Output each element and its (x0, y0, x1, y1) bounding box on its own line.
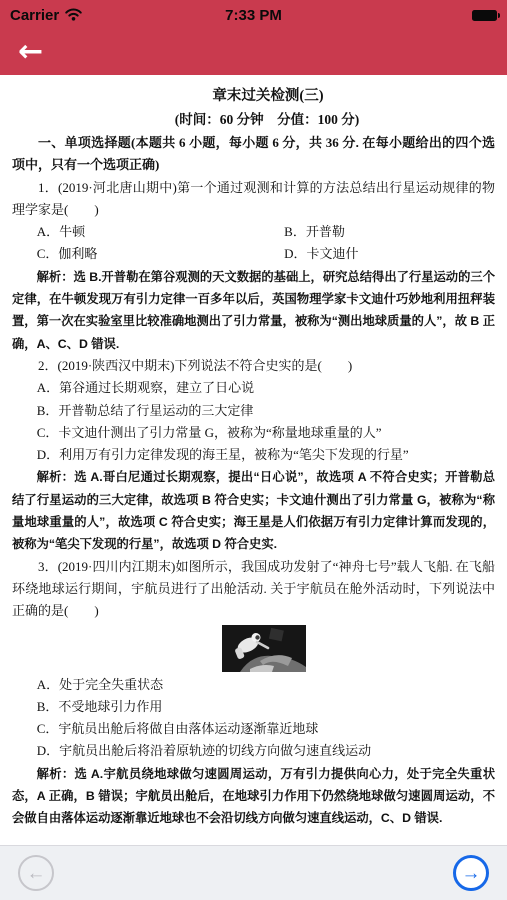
doc-meta-line: (时间：60 分钟 分值：100 分) (12, 108, 495, 132)
question-3-stem: 3．(2019·四川内江期末)如图所示，我国成功发射了“神舟七号”载人飞船. 在… (12, 556, 495, 623)
doc-title: 章末过关检测(三) (12, 84, 495, 108)
q1-option-c: C．伽利略 (37, 243, 284, 265)
status-bar: Carrier 7:33 PM (0, 0, 507, 28)
nav-bar: ← (0, 28, 507, 75)
question-1-analysis: 解析：选 B.开普勒在第谷观测的天文数据的基础上，研究总结得出了行星运动的三个定… (12, 266, 495, 355)
question-3-options: A．处于完全失重状态 B．不受地球引力作用 C．宇航员出舱后将做自由落体运动逐渐… (12, 674, 495, 763)
q2-option-d: D．利用万有引力定律发现的海王星，被称为“笔尖下发现的行星” (12, 444, 495, 466)
battery-icon (472, 10, 497, 21)
question-3-analysis: 解析：选 A.宇航员绕地球做匀速圆周运动，万有引力提供向心力，处于完全失重状态，… (12, 763, 495, 830)
question-2-options: A．第谷通过长期观察，建立了日心说 B．开普勒总结了行星运动的三大定律 C．卡文… (12, 377, 495, 466)
back-arrow-icon: ← (18, 34, 43, 69)
question-3-figure (32, 625, 495, 672)
q3-option-c: C．宇航员出舱后将做自由落体运动逐渐靠近地球 (12, 718, 495, 740)
q3-option-d: D．宇航员出舱后将沿着原轨迹的切线方向做匀速直线运动 (12, 740, 495, 762)
next-arrow-icon: → (462, 864, 481, 883)
question-1-options: A．牛顿 B．开普勒 C．伽利略 D．卡文迪什 (12, 221, 495, 266)
bottom-toolbar: ← → (0, 845, 507, 900)
prev-page-button[interactable]: ← (18, 855, 54, 891)
clock-label: 7:33 PM (225, 7, 282, 24)
question-1-stem: 1．(2019·河北唐山期中)第一个通过观测和计算的方法总结出行星运动规律的物理… (12, 177, 495, 222)
document-page[interactable]: 章末过关检测(三) (时间：60 分钟 分值：100 分) 一、单项选择题(本题… (0, 75, 507, 845)
status-bar-right (282, 10, 497, 21)
back-button[interactable]: ← (12, 37, 49, 67)
spacewalk-photo (222, 625, 306, 672)
wifi-icon (65, 8, 82, 25)
question-2-stem: 2．(2019·陕西汉中期末)下列说法不符合史实的是( ) (12, 355, 495, 377)
q3-option-b: B．不受地球引力作用 (12, 696, 495, 718)
q1-option-b: B．开普勒 (284, 221, 495, 243)
q2-option-b: B．开普勒总结了行星运动的三大定律 (12, 400, 495, 422)
section-heading: 一、单项选择题(本题共 6 小题，每小题 6 分，共 36 分. 在每小题给出的… (12, 132, 495, 177)
question-2-analysis: 解析：选 A.哥白尼通过长期观察，提出“日心说”，故选项 A 不符合史实；开普勒… (12, 466, 495, 555)
q1-option-d: D．卡文迪什 (284, 243, 495, 265)
prev-arrow-icon: ← (27, 864, 46, 883)
app-screen: Carrier 7:33 PM ← 章末过关检测(三) (时间：60 分钟 分值… (0, 0, 507, 900)
q2-option-c: C．卡文迪什测出了引力常量 G，被称为“称量地球重量的人” (12, 422, 495, 444)
q2-option-a: A．第谷通过长期观察，建立了日心说 (12, 377, 495, 399)
next-page-button[interactable]: → (453, 855, 489, 891)
carrier-label: Carrier (10, 7, 59, 24)
status-bar-left: Carrier (10, 6, 225, 25)
q1-option-a: A．牛顿 (37, 221, 284, 243)
q3-option-a: A．处于完全失重状态 (12, 674, 495, 696)
